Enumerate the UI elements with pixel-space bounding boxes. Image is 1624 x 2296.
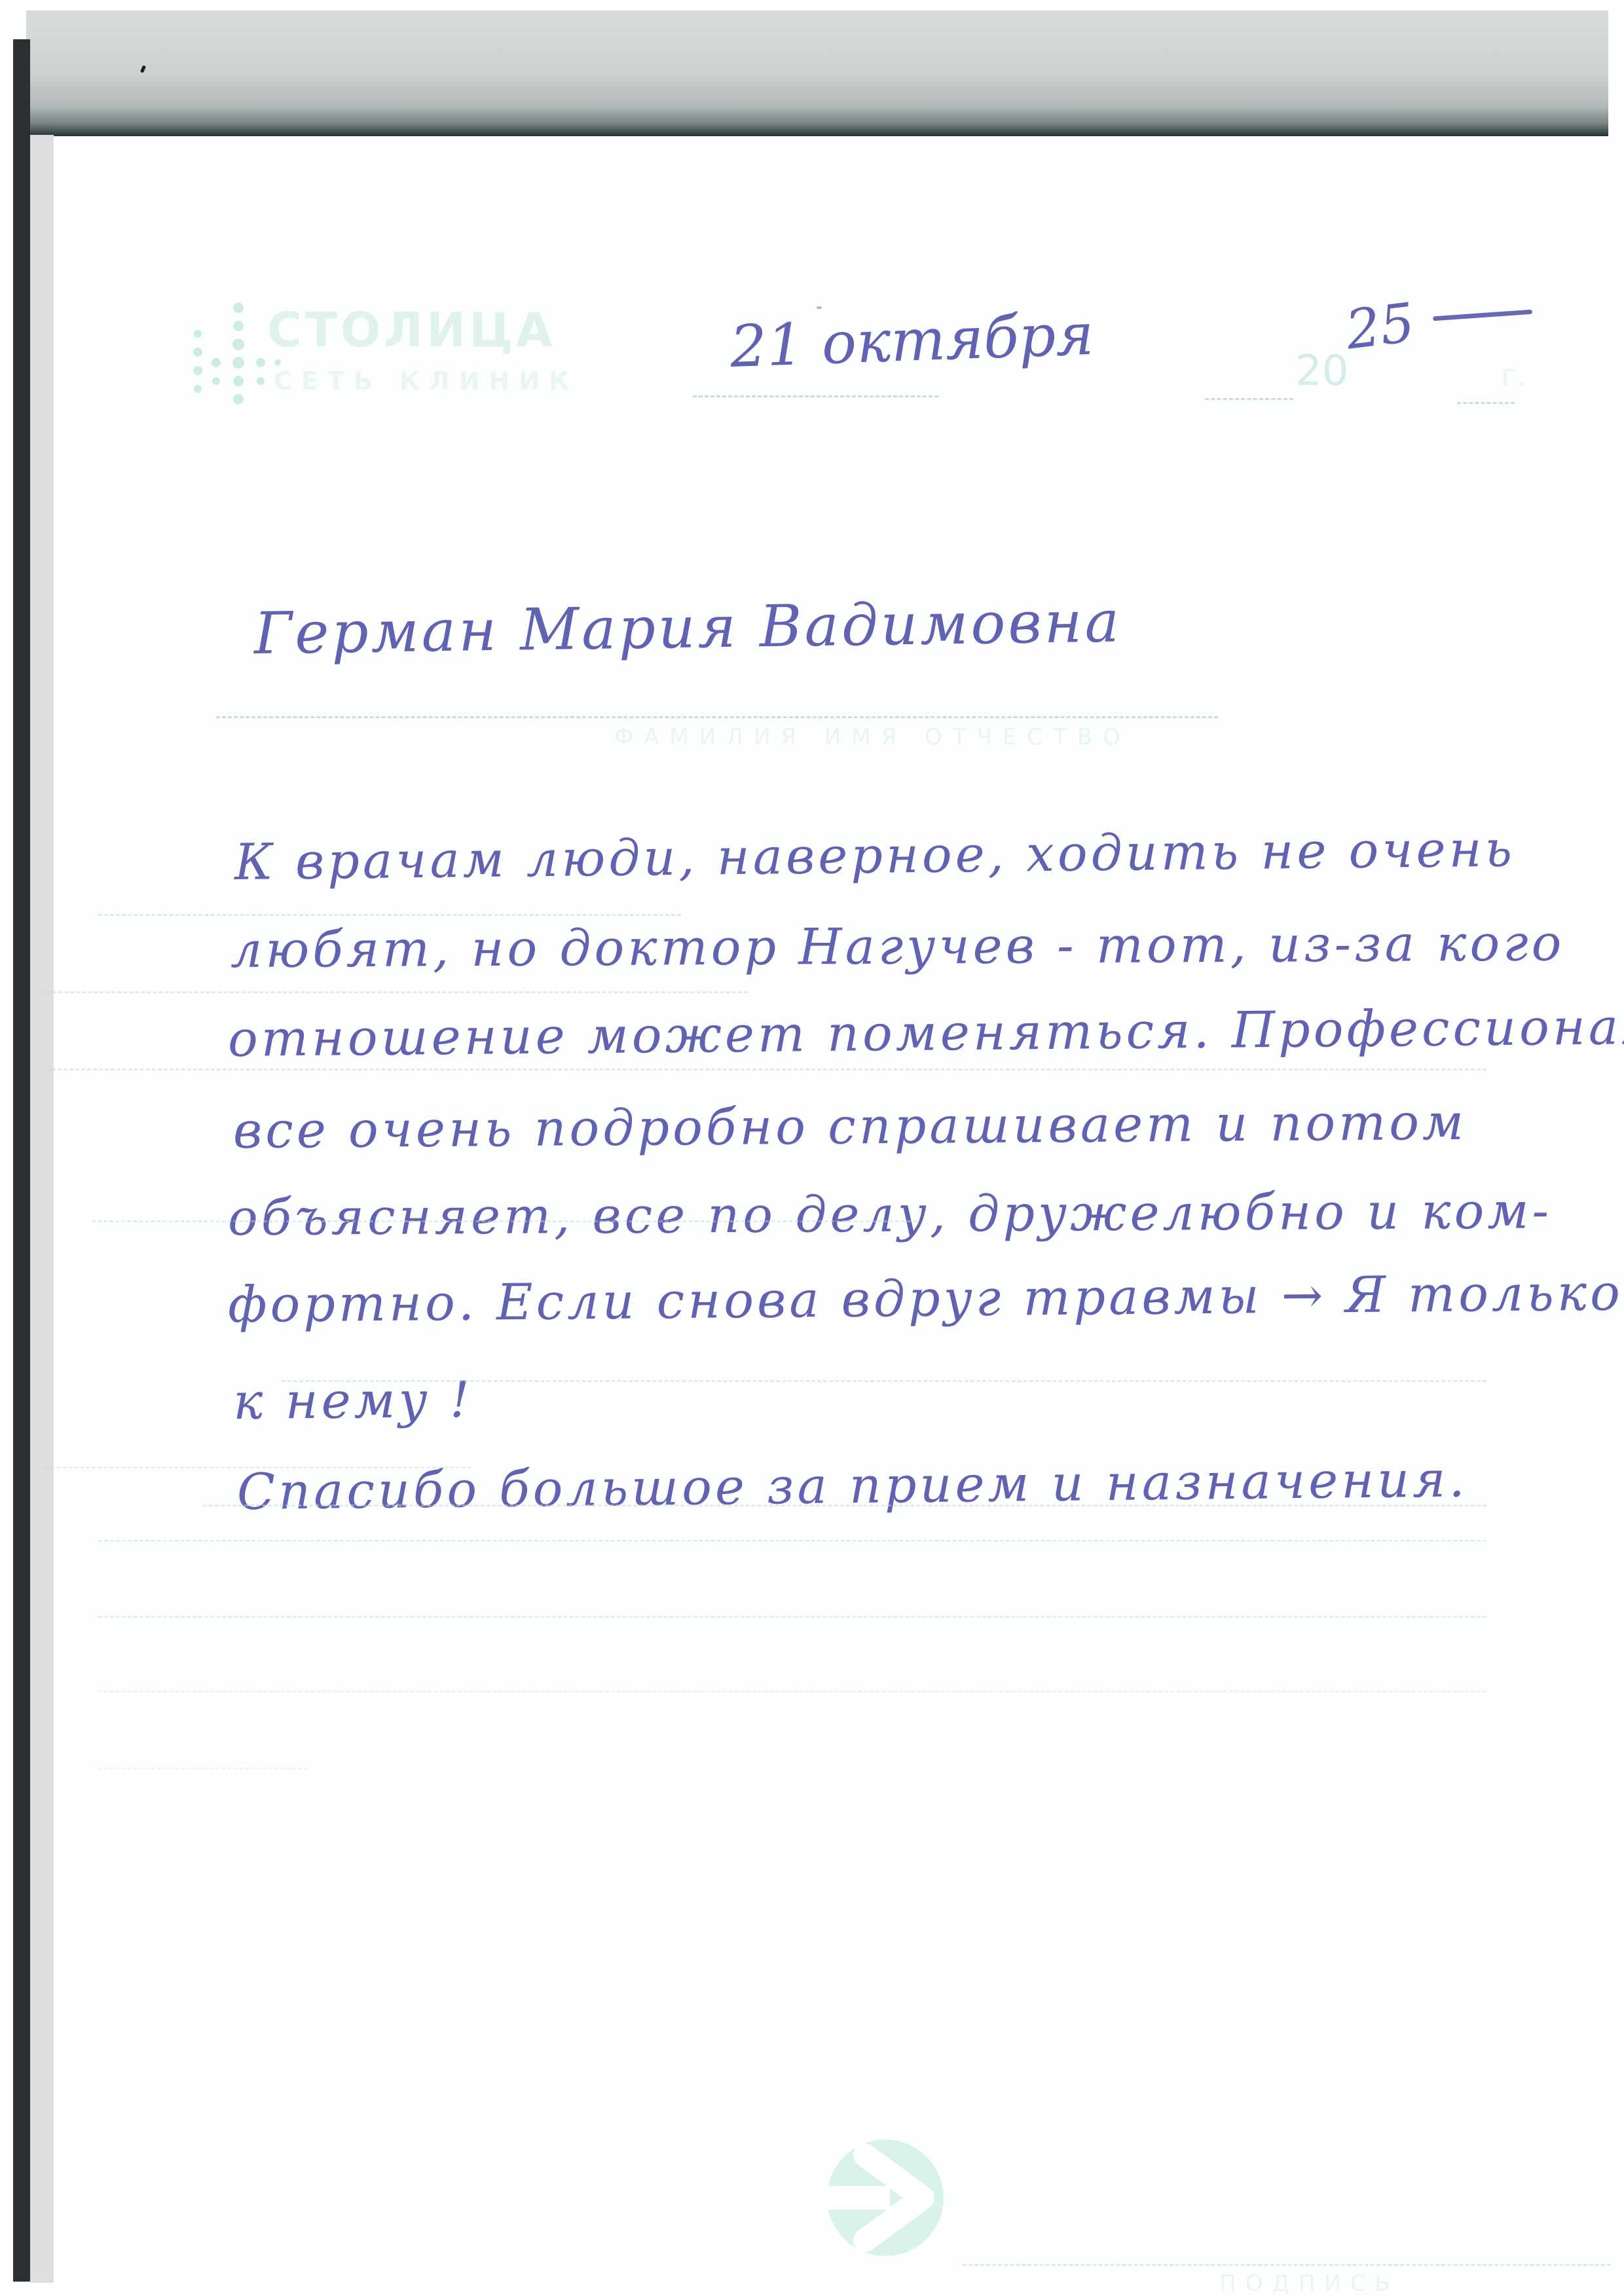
- dust-speck: [817, 306, 822, 309]
- arrow-right-circle-icon: [827, 2140, 944, 2256]
- ruled-line: [98, 1768, 308, 1770]
- scanned-review-page: СТОЛИЦА СЕТЬ КЛИНИК 21 октября 20 25 г. …: [0, 0, 1624, 2296]
- review-line: К врачам люди, наверное, ходить не очень: [234, 820, 1516, 891]
- year-overline-stroke: [1433, 310, 1532, 321]
- date-underline: [693, 395, 938, 397]
- scanner-top-shadow: [26, 10, 1608, 136]
- ruled-line: [203, 1504, 1486, 1506]
- paper-sheet-edge: [30, 135, 54, 2283]
- clinic-logo-subtitle: СЕТЬ КЛИНИК: [274, 367, 578, 395]
- ruled-line: [39, 1467, 471, 1468]
- signature-label: ПОДПИСЬ: [1219, 2270, 1399, 2296]
- scanner-left-edge: [13, 39, 30, 2282]
- ruled-line: [98, 1540, 1486, 1542]
- date-underline: [1205, 398, 1293, 400]
- ruled-line: [98, 1616, 1486, 1618]
- review-line: к нему !: [233, 1370, 473, 1430]
- review-line: все очень подробно спрашивает и потом: [233, 1093, 1467, 1159]
- review-line: любят, но доктор Нагучев - тот, из-за ко…: [231, 913, 1565, 979]
- ruled-line: [98, 914, 681, 916]
- review-line: объясняет, все по делу, дружелюбно и ком…: [228, 1181, 1552, 1247]
- year-suffix-label: г.: [1501, 357, 1526, 393]
- handwritten-name: Герман Мария Вадимовна: [253, 588, 1122, 667]
- ruled-line: [92, 1220, 917, 1222]
- signature-line: [963, 2264, 1611, 2266]
- ruled-line: [282, 1380, 1486, 1382]
- handwritten-date: 21 октября: [729, 301, 1095, 380]
- handwritten-year: 25: [1342, 292, 1418, 362]
- review-line: фортно. Если снова вдруг травмы → Я толь…: [228, 1263, 1624, 1334]
- ruled-line: [98, 1690, 1486, 1692]
- printed-year-prefix: 20: [1295, 347, 1348, 395]
- date-underline: [1457, 402, 1515, 404]
- clinic-logo-title: СТОЛИЦА: [267, 302, 556, 357]
- review-line: Спасибо большое за прием и назначения.: [237, 1449, 1469, 1521]
- name-underline: [216, 716, 1218, 718]
- ruled-line: [41, 991, 748, 993]
- review-line: отношение может поменяться. Профессионал…: [228, 997, 1624, 1068]
- name-field-label: ФАМИЛИЯ ИМЯ ОТЧЕСТВО: [614, 724, 1131, 750]
- ruled-line: [46, 1068, 1486, 1070]
